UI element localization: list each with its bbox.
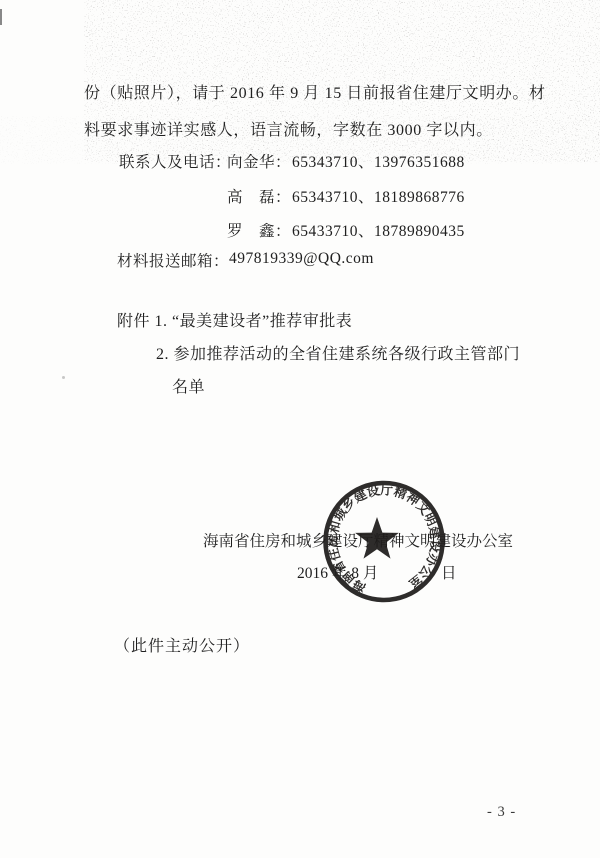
contact-phones: 65343710、13976351688 — [292, 150, 465, 172]
email-value: 497819339@QQ.com — [229, 250, 374, 268]
paragraph-line-2: 料要求事迹详实感人，语言流畅，字数在 3000 字以内。 — [84, 117, 493, 140]
contact-name: 向金华： — [227, 150, 291, 172]
official-seal: 海南省住房和城乡建设厅精神文明建设办公室 — [320, 478, 448, 606]
publicity-note: （此件主动公开） — [114, 633, 250, 656]
text-layer: 份（贴照片），请于 2016 年 9 月 15 日前报省住建厅文明办。材 料要求… — [0, 0, 600, 858]
contact-name: 高 磊： — [227, 185, 291, 207]
attachment-line-1: 附件 1. “最美建设者”推荐审批表 — [117, 308, 352, 331]
paragraph-line-1: 份（贴照片），请于 2016 年 9 月 15 日前报省住建厅文明办。材 — [84, 80, 546, 103]
contact-phones: 65433710、18789890435 — [292, 219, 465, 241]
document-page: 份（贴照片），请于 2016 年 9 月 15 日前报省住建厅文明办。材 料要求… — [0, 0, 600, 858]
seal-star — [355, 517, 399, 559]
email-label: 材料报送邮箱： — [117, 249, 229, 271]
page-number: - 3 - — [487, 804, 516, 821]
attachment-line-2: 2. 参加推荐活动的全省住建系统各级行政主管部门 — [156, 341, 520, 364]
contacts-label: 联系人及电话： — [119, 150, 231, 172]
contact-name: 罗 鑫： — [227, 219, 291, 241]
contact-phones: 65343710、18189868776 — [292, 185, 465, 207]
attachment-line-3: 名单 — [172, 374, 205, 397]
